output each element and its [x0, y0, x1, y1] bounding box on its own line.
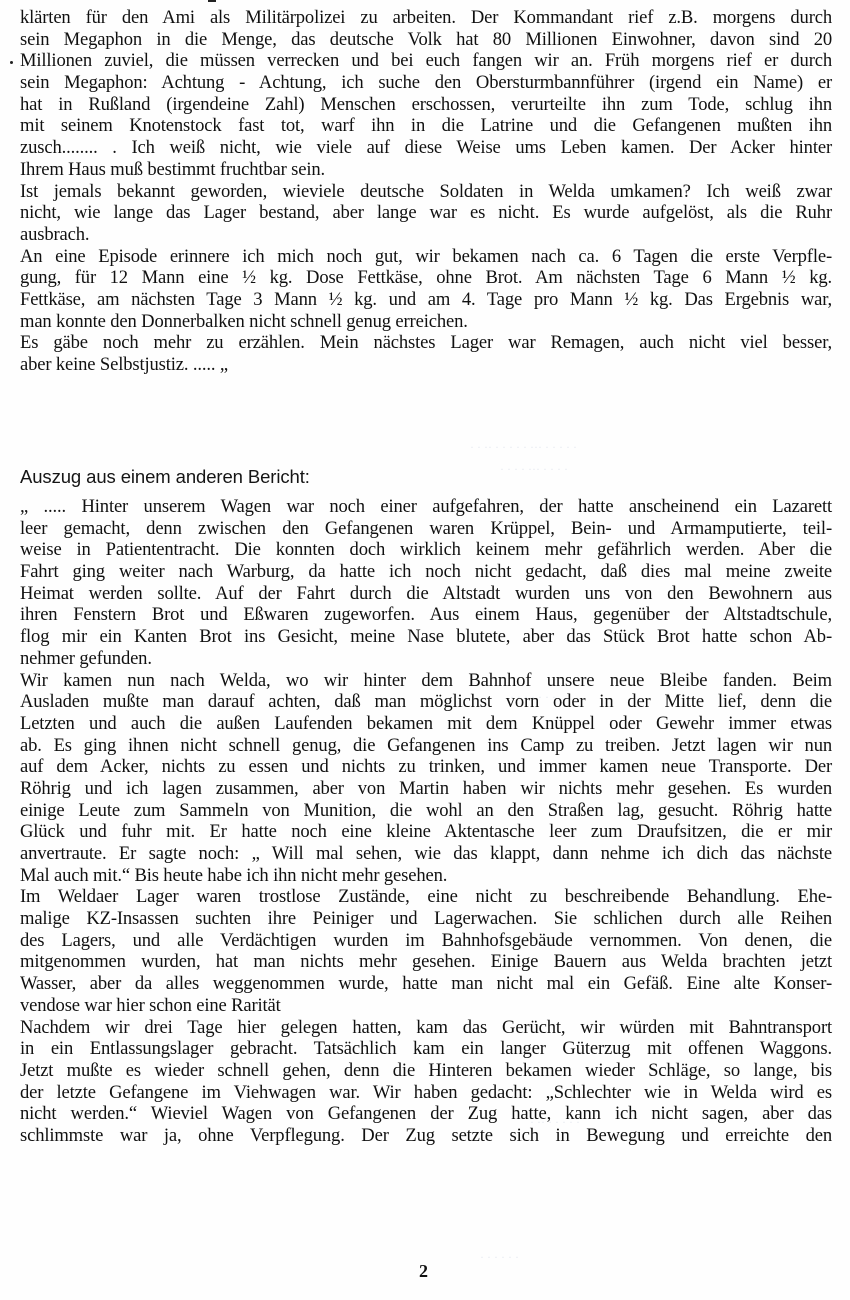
text-line: Millionen zuviel, die müssen verrecken u…	[20, 50, 832, 72]
text-line: Letzten und auch die außen Laufenden bek…	[20, 713, 832, 735]
text-line: „ ..... Hinter unserem Wagen war noch ei…	[20, 496, 832, 518]
text-line: man konnte den Donnerbalken nicht schnel…	[20, 311, 832, 333]
text-line: nicht werden.“ Wieviel Wagen von Gefange…	[20, 1103, 832, 1125]
text-line: des Lagers, und alle Verdächtigen wurden…	[20, 930, 832, 952]
text-line: malige KZ-Insassen suchten ihre Peiniger…	[20, 908, 832, 930]
text-line: Glück und fuhr mit. Er hatte noch eine k…	[20, 821, 832, 843]
margin-dot	[10, 61, 13, 64]
text-line: An eine Episode erinnere ich mich noch g…	[20, 246, 832, 268]
text-line: schlimmste war ja, ohne Verpflegung. Der…	[20, 1125, 832, 1147]
text-line: anvertraute. Er sagte noch: „ Will mal s…	[20, 843, 832, 865]
text-line: zusch........ . Ich weiß nicht, wie viel…	[20, 137, 832, 159]
text-line: Ist jemals bekannt geworden, wieviele de…	[20, 181, 832, 203]
text-block-2: „ ..... Hinter unserem Wagen war noch ei…	[20, 496, 832, 1147]
text-line: Röhrig und ich lagen zusammen, aber von …	[20, 778, 832, 800]
text-line: Nachdem wir drei Tage hier gelegen hatte…	[20, 1017, 832, 1039]
text-line: Wasser, aber da alles weggenommen wurde,…	[20, 973, 832, 995]
text-line: sein Megaphon in die Menge, das deutsche…	[20, 29, 832, 51]
text-line: Ausladen mußte man darauf achten, daß ma…	[20, 691, 832, 713]
text-line: ihren Fenstern Brot und Eßwaren zugeworf…	[20, 604, 832, 626]
text-line: in ein Entlassungslager gebracht. Tatsäc…	[20, 1038, 832, 1060]
text-line: Ihrem Haus muß bestimmt fruchtbar sein.	[20, 159, 832, 181]
text-line: hat in Rußland (irgendeine Zahl) Mensche…	[20, 94, 832, 116]
text-line: Es gäbe noch mehr zu erzählen. Mein näch…	[20, 332, 832, 354]
text-line: mit seinem Knotenstock fast tot, warf ih…	[20, 115, 832, 137]
text-line: nehmer gefunden.	[20, 648, 832, 670]
text-line: Heimat werden sollte. Auf der Fahrt durc…	[20, 583, 832, 605]
text-line: aber keine Selbstjustiz. ..... „	[20, 354, 832, 376]
text-line: ausbrach.	[20, 224, 832, 246]
text-line: gung, für 12 Mann eine ½ kg. Dose Fettkä…	[20, 267, 832, 289]
text-line: vendose war hier schon eine Rarität	[20, 995, 832, 1017]
section-heading: Auszug aus einem anderen Bericht:	[20, 466, 310, 488]
text-line: leer gemacht, denn zwischen den Gefangen…	[20, 518, 832, 540]
text-line: Mal auch mit.“ Bis heute habe ich ihn ni…	[20, 865, 832, 887]
text-line: einige Leute zum Sammeln von Munition, d…	[20, 800, 832, 822]
bleed-through-text: · · · · · ·	[480, 1250, 519, 1265]
text-line: flog mir ein Kanten Brot ins Gesicht, me…	[20, 626, 832, 648]
text-line: ab. Es ging ihnen nicht schnell genug, d…	[20, 735, 832, 757]
text-line: auf dem Acker, nichts zu essen und nicht…	[20, 756, 832, 778]
text-block-1: klärten für den Ami als Militärpolizei z…	[20, 7, 832, 376]
bleed-through-text: · · ·· · · · · · ··· · · · · ·	[470, 440, 577, 455]
text-line: Fahrt ging weiter nach Warburg, da hatte…	[20, 561, 832, 583]
text-line: weise in Patiententracht. Die konnten do…	[20, 539, 832, 561]
page-number: 2	[419, 1261, 428, 1282]
text-line: Jetzt mußte es wieder schnell gehen, den…	[20, 1060, 832, 1082]
document-page: · · ·· · · · · · ··· · · · · · · · · · ·…	[0, 0, 850, 1300]
text-line: sein Megaphon: Achtung - Achtung, ich su…	[20, 72, 832, 94]
text-line: nicht, wie lange das Lager bestand, aber…	[20, 202, 832, 224]
text-line: mitgenommen wurden, hat man nichts mehr …	[20, 951, 832, 973]
text-line: klärten für den Ami als Militärpolizei z…	[20, 7, 832, 29]
text-line: der letzte Gefangene im Viehwagen war. W…	[20, 1082, 832, 1104]
text-line: Wir kamen nun nach Welda, wo wir hinter …	[20, 670, 832, 692]
bleed-through-text: · · · · ··· · · · ·	[500, 462, 568, 477]
scan-mark	[208, 0, 216, 2]
text-line: Im Weldaer Lager waren trostlose Zuständ…	[20, 886, 832, 908]
text-line: Fettkäse, am nächsten Tage 3 Mann ½ kg. …	[20, 289, 832, 311]
